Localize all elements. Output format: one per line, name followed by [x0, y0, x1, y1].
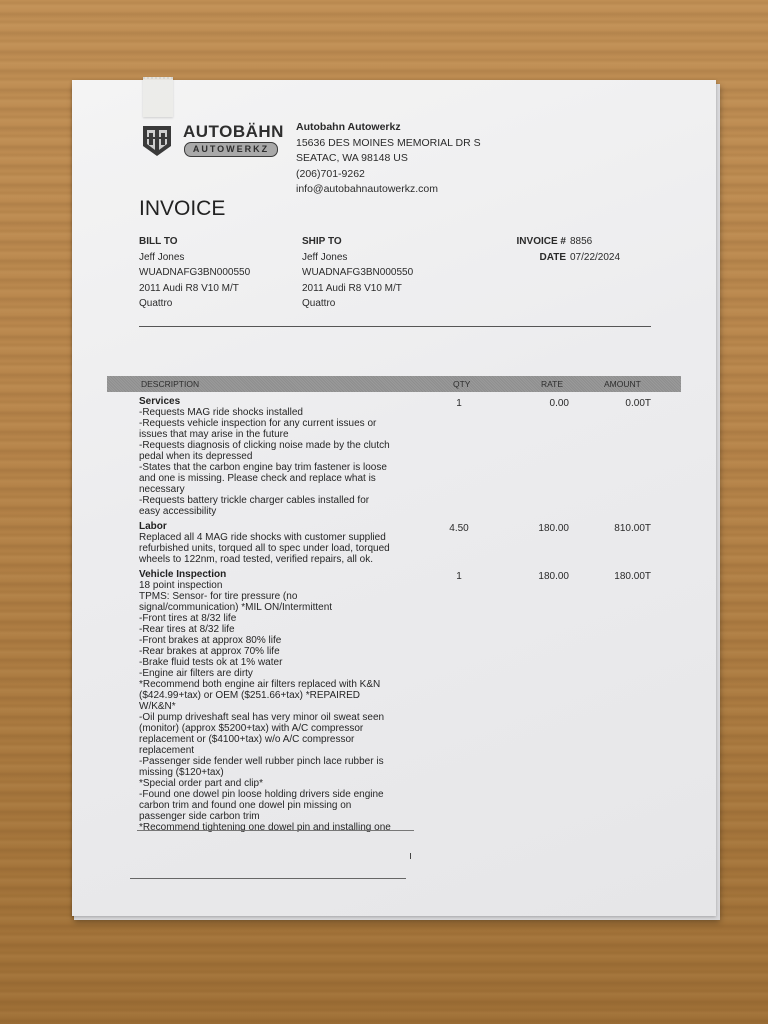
- item-amount: 180.00T: [599, 571, 651, 582]
- item-rate: 180.00: [519, 571, 569, 582]
- item-rate: 0.00: [519, 398, 569, 409]
- ship-to-name: Jeff Jones: [302, 250, 413, 266]
- line-items: Services -Requests MAG ride shocks insta…: [139, 396, 679, 837]
- items-divider: [137, 830, 414, 831]
- document-title: INVOICE: [139, 197, 225, 221]
- col-qty: QTY: [453, 376, 470, 392]
- ship-to-trim: Quattro: [302, 296, 413, 312]
- company-info: Autobahn Autowerkz 15636 DES MOINES MEMO…: [296, 120, 481, 198]
- table-header: DESCRIPTION QTY RATE AMOUNT: [107, 376, 681, 392]
- item-description: 18 point inspection TPMS: Sensor- for ti…: [139, 580, 419, 833]
- item-amount: 0.00T: [599, 398, 651, 409]
- company-address-line2: SEATAC, WA 98148 US: [296, 151, 481, 167]
- item-qty: 1: [444, 398, 474, 409]
- item-name: Services: [139, 396, 679, 407]
- invoice-number: 8856: [570, 234, 592, 250]
- invoice-date: 07/22/2024: [570, 250, 620, 266]
- company-logo: AUTOBÄHN AUTOWERKZ: [140, 120, 290, 160]
- table-row: Vehicle Inspection 18 point inspection T…: [139, 569, 679, 833]
- item-description: -Requests MAG ride shocks installed -Req…: [139, 407, 419, 517]
- logo-subtitle: AUTOWERKZ: [184, 142, 278, 157]
- ship-to-label: SHIP TO: [302, 234, 413, 250]
- company-address-line1: 15636 DES MOINES MEMORIAL DR S: [296, 136, 481, 152]
- bill-to-trim: Quattro: [139, 296, 250, 312]
- col-amount: AMOUNT: [604, 376, 641, 392]
- item-rate: 180.00: [519, 523, 569, 534]
- invoice-date-label: DATE: [486, 250, 570, 266]
- header-divider: [139, 326, 651, 327]
- invoice-number-label: INVOICE #: [486, 234, 570, 250]
- table-row: Labor Replaced all 4 MAG ride shocks wit…: [139, 521, 679, 565]
- item-qty: 1: [444, 571, 474, 582]
- item-description: Replaced all 4 MAG ride shocks with cust…: [139, 532, 419, 565]
- bill-to-vehicle: 2011 Audi R8 V10 M/T: [139, 281, 250, 297]
- col-rate: RATE: [541, 376, 563, 392]
- col-description: DESCRIPTION: [141, 376, 199, 392]
- bill-to-label: BILL TO: [139, 234, 250, 250]
- bill-to-vin: WUADNAFG3BN000550: [139, 265, 250, 281]
- item-amount: 810.00T: [599, 523, 651, 534]
- item-name: Labor: [139, 521, 679, 532]
- logo-wordmark: AUTOBÄHN: [183, 122, 284, 142]
- item-name: Vehicle Inspection: [139, 569, 679, 580]
- company-name: Autobahn Autowerkz: [296, 120, 481, 136]
- footer-divider: [130, 878, 406, 879]
- company-phone: (206)701-9262: [296, 167, 481, 183]
- company-email: info@autobahnautowerkz.com: [296, 182, 481, 198]
- shield-logo-icon: [140, 122, 174, 158]
- ship-to-vin: WUADNAFG3BN000550: [302, 265, 413, 281]
- invoice-meta: INVOICE # 8856 DATE 07/22/2024: [486, 234, 620, 265]
- bill-to-block: BILL TO Jeff Jones WUADNAFG3BN000550 201…: [139, 234, 250, 312]
- item-qty: 4.50: [444, 523, 474, 534]
- ship-to-block: SHIP TO Jeff Jones WUADNAFG3BN000550 201…: [302, 234, 413, 312]
- table-row: Services -Requests MAG ride shocks insta…: [139, 396, 679, 517]
- bill-to-name: Jeff Jones: [139, 250, 250, 266]
- tape-strip: [143, 77, 173, 117]
- tick-mark: [410, 853, 411, 859]
- ship-to-vehicle: 2011 Audi R8 V10 M/T: [302, 281, 413, 297]
